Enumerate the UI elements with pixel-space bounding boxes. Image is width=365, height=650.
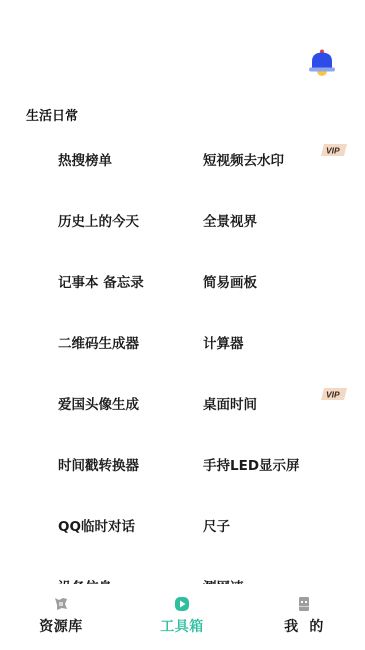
tool-device-info[interactable]: 设备信息	[58, 555, 208, 584]
tool-label: 计算器	[203, 332, 244, 352]
library-icon	[53, 596, 69, 612]
tab-label: 工具箱	[160, 616, 204, 636]
tool-label: 记事本 备忘录	[58, 271, 144, 291]
play-icon	[174, 596, 190, 612]
tool-label: 简易画板	[203, 271, 257, 291]
tool-history-today[interactable]: 历史上的今天	[58, 189, 208, 250]
tool-patriotic-avatar[interactable]: 爱国头像生成	[58, 372, 208, 433]
tool-label: 历史上的今天	[58, 210, 139, 230]
tab-toolbox[interactable]: 工具箱	[142, 586, 222, 650]
tool-label: 手持LED显示屏	[203, 454, 300, 474]
tool-timestamp-converter[interactable]: 时间戳转换器	[58, 433, 208, 494]
tab-profile[interactable]: 我 的	[264, 586, 344, 650]
tool-notepad[interactable]: 记事本 备忘录	[58, 250, 208, 311]
notification-bell-button[interactable]	[307, 48, 337, 78]
tool-qq-temp-chat[interactable]: QQ临时对话	[58, 494, 208, 555]
tool-label: 短视频去水印	[203, 149, 284, 169]
bell-icon	[307, 48, 337, 78]
tool-ruler[interactable]: 尺子	[203, 494, 353, 555]
tool-speed-test[interactable]: 测网速	[203, 555, 353, 584]
tool-label: 尺子	[203, 515, 230, 535]
tool-label: 测网速	[203, 576, 244, 585]
tool-grid: 热搜榜单 短视频去水印 VIP 历史上的今天 全景视界 记事本 备忘录 简易画板…	[0, 128, 365, 584]
tool-label: 全景视界	[203, 210, 257, 230]
tool-label: 二维码生成器	[58, 332, 139, 352]
tool-desktop-clock[interactable]: 桌面时间	[203, 372, 353, 433]
tab-label: 我 的	[284, 616, 324, 636]
tool-label: 时间戳转换器	[58, 454, 139, 474]
profile-icon	[296, 596, 312, 612]
svg-text:VIP: VIP	[326, 390, 340, 400]
tool-label: 爱国头像生成	[58, 393, 139, 413]
tab-library[interactable]: 资源库	[21, 586, 101, 650]
tool-label: QQ临时对话	[58, 515, 135, 535]
vip-badge-icon: VIP	[321, 388, 347, 400]
tool-video-watermark-remover[interactable]: 短视频去水印	[203, 128, 353, 189]
tool-led-display[interactable]: 手持LED显示屏	[203, 433, 353, 494]
tool-label: 桌面时间	[203, 393, 257, 413]
tool-hot-search[interactable]: 热搜榜单	[58, 128, 208, 189]
svg-text:VIP: VIP	[326, 146, 340, 156]
tab-label: 资源库	[39, 616, 83, 636]
tool-calculator[interactable]: 计算器	[203, 311, 353, 372]
tool-panorama[interactable]: 全景视界	[203, 189, 353, 250]
vip-badge-icon: VIP	[321, 144, 347, 156]
tool-label: 设备信息	[58, 576, 112, 585]
tool-qrcode-generator[interactable]: 二维码生成器	[58, 311, 208, 372]
section-title: 生活日常	[26, 105, 78, 124]
tool-simple-drawing-board[interactable]: 简易画板	[203, 250, 353, 311]
bottom-tab-bar: 资源库 工具箱 我 的	[0, 586, 365, 650]
tool-label: 热搜榜单	[58, 149, 112, 169]
